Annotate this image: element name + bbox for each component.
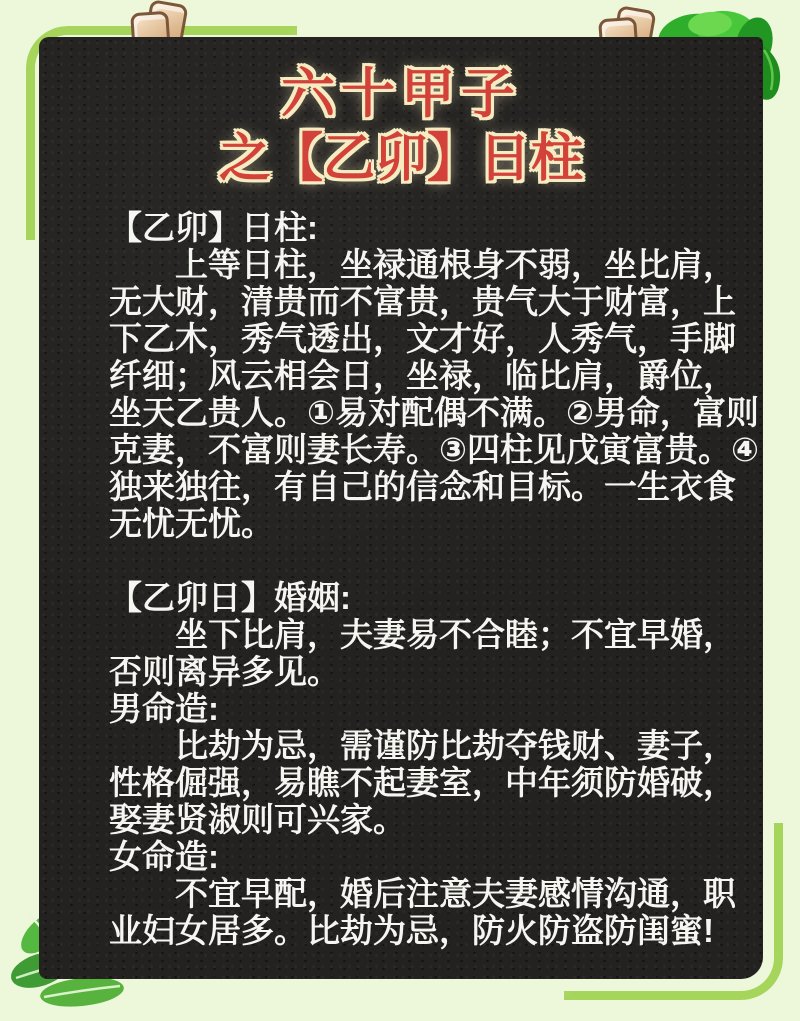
blackboard-panel: 六十甲子 之【乙卯】日柱 【乙卯】日柱: 上等日柱，坐禄通根身不弱，坐比肩，无大… bbox=[39, 37, 763, 979]
subheading-female-chart: 女命造: bbox=[109, 838, 763, 875]
paragraph-marriage: 坐下比肩，夫妻易不合睦；不宜早婚，否则离异多见。 bbox=[109, 616, 763, 690]
poster-body: 【乙卯】日柱: 上等日柱，坐禄通根身不弱，坐比肩，无大财，清贵而不富贵，贵气大于… bbox=[109, 209, 763, 949]
poster: 六十甲子 之【乙卯】日柱 【乙卯】日柱: 上等日柱，坐禄通根身不弱，坐比肩，无大… bbox=[0, 0, 800, 1021]
subheading-male-chart: 男命造: bbox=[109, 690, 763, 727]
paragraph-day-pillar: 上等日柱，坐禄通根身不弱，坐比肩，无大财，清贵而不富贵，贵气大于财富，上下乙木，… bbox=[109, 246, 763, 542]
paragraph-male-chart: 比劫为忌，需谨防比劫夺钱财、妻子，性格倔强，易瞧不起妻室，中年须防婚破，娶妻贤淑… bbox=[109, 727, 763, 838]
paragraph-female-chart: 不宜早配，婚后注意夫妻感情沟通，职业妇女居多。比劫为忌，防火防盗防闺蜜! bbox=[109, 875, 763, 949]
section-heading-marriage: 【乙卯日】婚姻: bbox=[109, 579, 763, 616]
section-heading-day-pillar: 【乙卯】日柱: bbox=[109, 209, 763, 246]
title-line-1: 六十甲子 bbox=[39, 61, 763, 125]
poster-title: 六十甲子 之【乙卯】日柱 bbox=[39, 61, 763, 191]
title-line-2: 之【乙卯】日柱 bbox=[39, 127, 763, 191]
